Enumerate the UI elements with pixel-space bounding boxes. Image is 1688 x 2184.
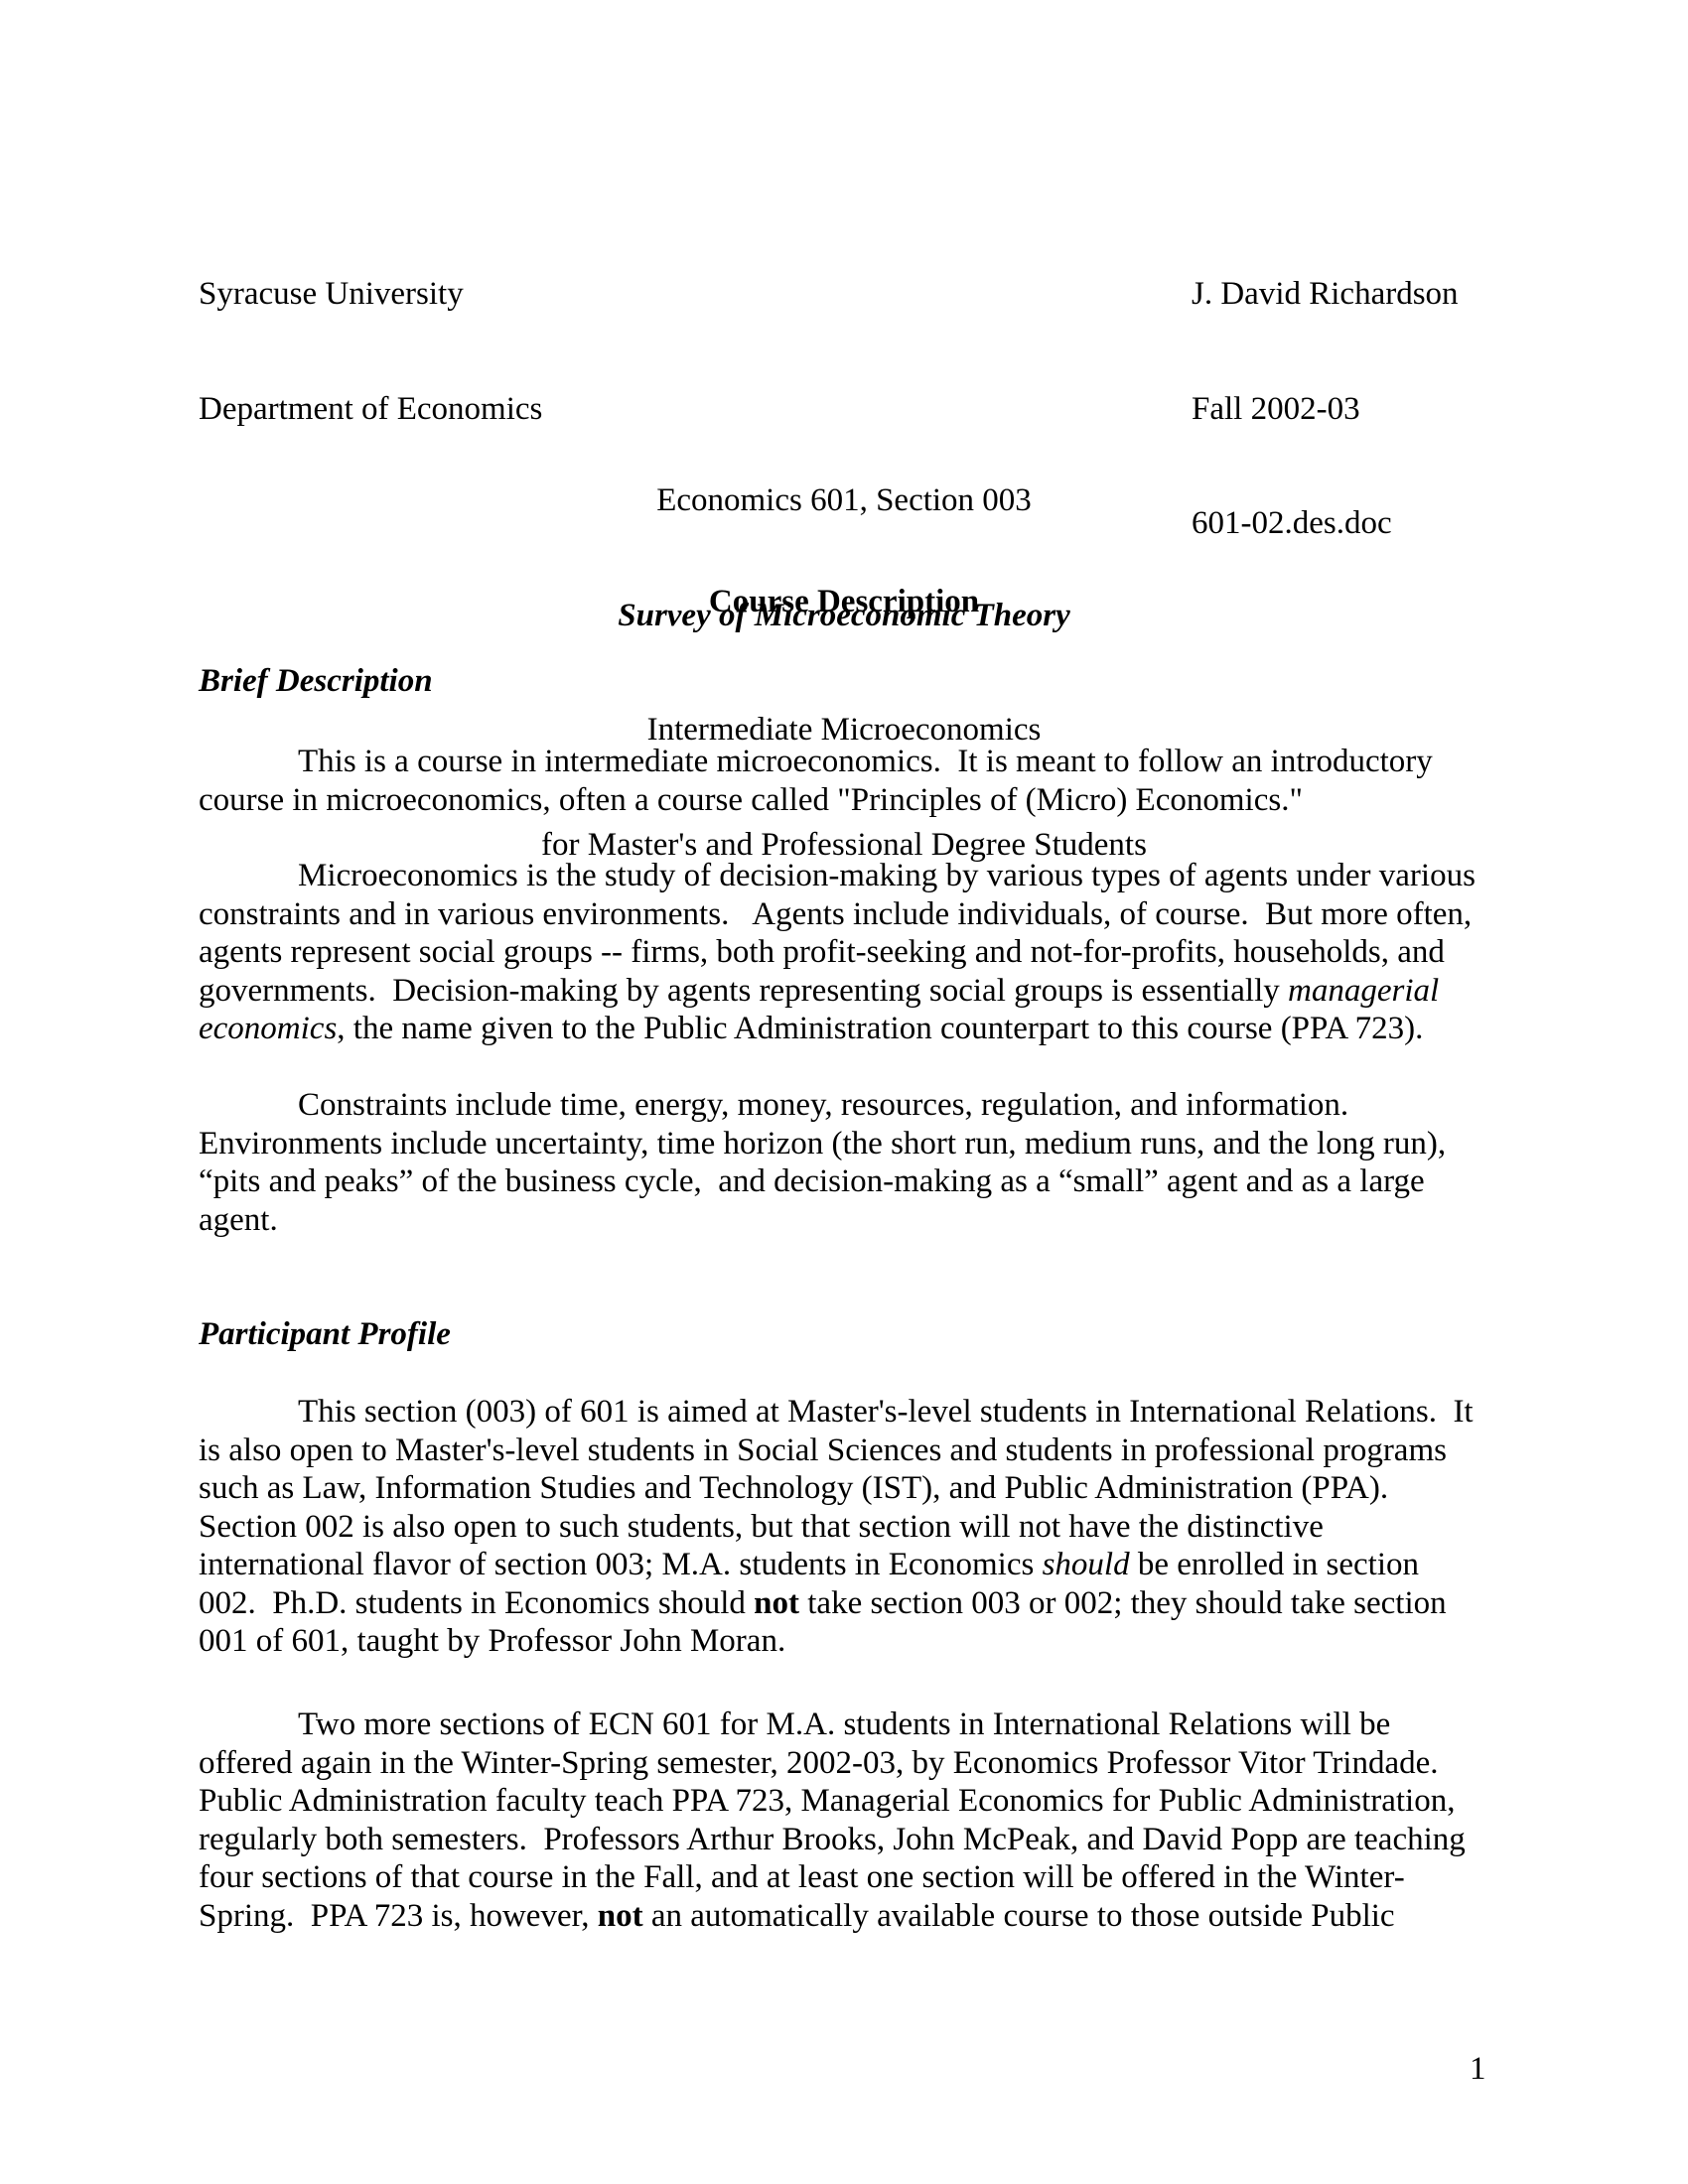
text-run: regularly both semesters. Professors Art… [199, 1822, 1466, 1857]
paragraph-line: Section 002 is also open to such student… [199, 1508, 1474, 1547]
author-name: J. David Richardson [1192, 275, 1459, 314]
text-run: 001 of 601, taught by Professor John Mor… [199, 1623, 785, 1659]
paragraph-line: agents represent social groups -- firms,… [199, 933, 1476, 972]
text-run: take section 003 or 002; they should tak… [799, 1585, 1447, 1621]
paragraph-line: This section (003) of 601 is aimed at Ma… [199, 1393, 1474, 1432]
text-run: governments. Decision-making by agents r… [199, 973, 1288, 1009]
text-run: course in microeconomics, often a course… [199, 782, 1303, 818]
strong-text: not [754, 1585, 799, 1621]
paragraph-line: 001 of 601, taught by Professor John Mor… [199, 1622, 1474, 1661]
paragraph: Two more sections of ECN 601 for M.A. st… [199, 1706, 1466, 1935]
paragraph-line: course in microeconomics, often a course… [199, 781, 1433, 820]
paragraph-line: international flavor of section 003; M.A… [199, 1546, 1474, 1584]
section-heading-brief-description: Brief Description [199, 662, 433, 701]
text-run: Constraints include time, energy, money,… [298, 1087, 1348, 1123]
paragraph-line: regularly both semesters. Professors Art… [199, 1821, 1466, 1859]
paragraph-line: is also open to Master's-level students … [199, 1432, 1474, 1470]
university-name: Syracuse University [199, 275, 542, 314]
page-number: 1 [1470, 2050, 1486, 2089]
text-run: 002. Ph.D. students in Economics should [199, 1585, 754, 1621]
paragraph-line: Constraints include time, energy, money,… [199, 1086, 1446, 1125]
course-number: Economics 601, Section 003 [199, 481, 1489, 520]
text-run: , the name given to the Public Administr… [337, 1011, 1423, 1046]
section-heading-participant-profile: Participant Profile [199, 1315, 451, 1354]
paragraph-line: such as Law, Information Studies and Tec… [199, 1469, 1474, 1508]
text-run: Microeconomics is the study of decision-… [298, 858, 1476, 893]
document-heading: Course Description [199, 583, 1489, 621]
title-block: Economics 601, Section 003 Survey of Mic… [199, 405, 1489, 902]
text-run: Two more sections of ECN 601 for M.A. st… [298, 1706, 1390, 1742]
paragraph-line: Environments include uncertainty, time h… [199, 1125, 1446, 1163]
text-run: four sections of that course in the Fall… [199, 1859, 1405, 1895]
paragraph-line: governments. Decision-making by agents r… [199, 972, 1476, 1011]
paragraph-line: Spring. PPA 723 is, however, not an auto… [199, 1897, 1466, 1936]
paragraph-line: four sections of that course in the Fall… [199, 1858, 1466, 1897]
paragraph-line: Two more sections of ECN 601 for M.A. st… [199, 1706, 1466, 1744]
text-run: This is a course in intermediate microec… [298, 744, 1433, 779]
paragraph: This is a course in intermediate microec… [199, 743, 1433, 819]
text-run: Section 002 is also open to such student… [199, 1509, 1324, 1545]
paragraph: Microeconomics is the study of decision-… [199, 857, 1476, 1048]
emphasis-text: economics [199, 1011, 337, 1046]
text-run: constraints and in various environments.… [199, 896, 1472, 932]
text-run: international flavor of section 003; M.A… [199, 1547, 1043, 1582]
text-run: This section (003) of 601 is aimed at Ma… [298, 1394, 1474, 1430]
text-run: Public Administration faculty teach PPA … [199, 1783, 1455, 1819]
text-run: agent. [199, 1202, 278, 1238]
paragraph-line: 002. Ph.D. students in Economics should … [199, 1584, 1474, 1623]
paragraph: Constraints include time, energy, money,… [199, 1086, 1446, 1239]
paragraph-line: This is a course in intermediate microec… [199, 743, 1433, 781]
paragraph-line: Microeconomics is the study of decision-… [199, 857, 1476, 895]
emphasis-text: should [1043, 1547, 1130, 1582]
text-run: Spring. PPA 723 is, however, [199, 1898, 598, 1934]
text-run: be enrolled in section [1130, 1547, 1419, 1582]
text-run: agents represent social groups -- firms,… [199, 934, 1445, 970]
paragraph-line: “pits and peaks” of the business cycle, … [199, 1162, 1446, 1201]
paragraph-line: economics, the name given to the Public … [199, 1010, 1476, 1048]
text-run: such as Law, Information Studies and Tec… [199, 1470, 1388, 1506]
text-run: is also open to Master's-level students … [199, 1433, 1447, 1468]
text-run: an automatically available course to tho… [643, 1898, 1395, 1934]
text-run: “pits and peaks” of the business cycle, … [199, 1163, 1425, 1199]
paragraph: This section (003) of 601 is aimed at Ma… [199, 1393, 1474, 1661]
paragraph-line: Public Administration faculty teach PPA … [199, 1782, 1466, 1821]
paragraph-line: constraints and in various environments.… [199, 895, 1476, 934]
paragraph-line: offered again in the Winter-Spring semes… [199, 1744, 1466, 1783]
emphasis-text: managerial [1288, 973, 1439, 1009]
text-run: Environments include uncertainty, time h… [199, 1126, 1446, 1161]
paragraph-line: agent. [199, 1201, 1446, 1240]
text-run: offered again in the Winter-Spring semes… [199, 1745, 1439, 1781]
strong-text: not [598, 1898, 643, 1934]
